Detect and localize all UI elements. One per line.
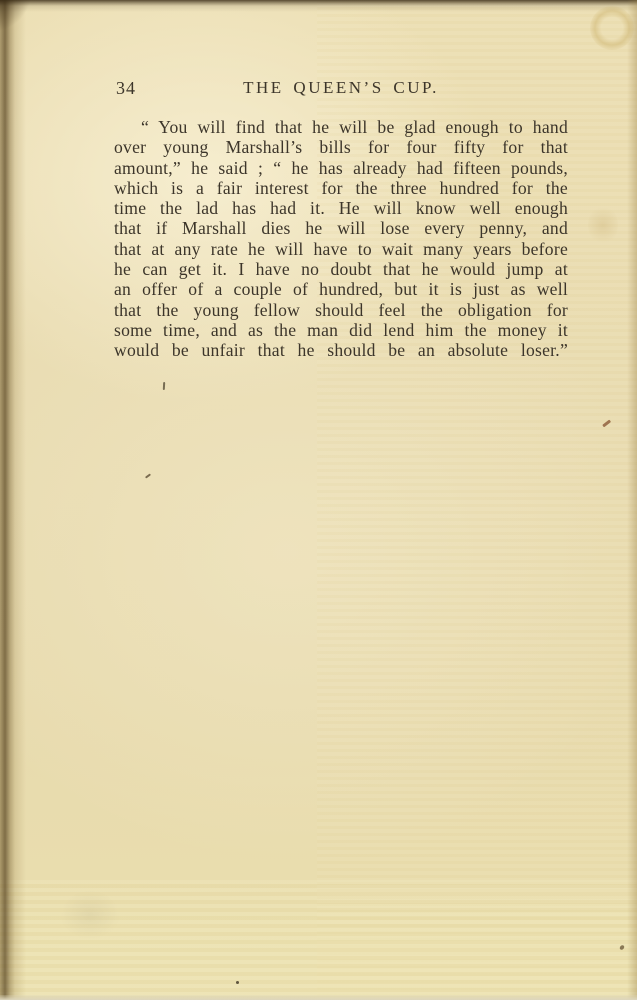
text-line: that if Marshall dies he will lose every… [114, 218, 568, 238]
running-title: THE QUEEN’S CUP. [114, 78, 568, 98]
ink-speck [602, 419, 611, 427]
text-line: “ You will find that he will be glad eno… [114, 117, 568, 137]
scanned-book-page: 34 THE QUEEN’S CUP. “ You will find that… [0, 0, 637, 1000]
ink-speck [145, 473, 151, 478]
text-line: an offer of a couple of hundred, but it … [114, 279, 568, 299]
running-head: 34 THE QUEEN’S CUP. [114, 78, 568, 102]
ink-speck [163, 382, 165, 390]
text-line: over young Marshall’s bills for four fif… [114, 137, 568, 157]
text-line: which is a fair interest for the three h… [114, 178, 568, 198]
page-gutter-shadow [0, 0, 26, 1000]
ink-speck [236, 981, 239, 984]
text-line: would be unfair that he should be an abs… [114, 340, 568, 360]
page-bottom-edge [0, 995, 637, 1000]
page-top-edge [0, 0, 637, 12]
text-line: he can get it. I have no doubt that he w… [114, 259, 568, 279]
paper-stain [588, 205, 618, 245]
body-text-block: “ You will find that he will be glad eno… [114, 117, 568, 361]
ink-speck [619, 944, 625, 950]
page-corner-shadow [0, 0, 32, 32]
paper-smudge [60, 890, 120, 940]
text-line: time the lad has had it. He will know we… [114, 198, 568, 218]
text-line: amount,” he said ; “ he has already had … [114, 158, 568, 178]
text-line: some time, and as the man did lend him t… [114, 320, 568, 340]
paper-streaks-bottom [0, 880, 637, 1000]
text-line: that the young fellow should feel the ob… [114, 300, 568, 320]
page-right-edge [627, 0, 637, 1000]
paper-stain [590, 6, 634, 50]
text-line: that at any rate he will have to wait ma… [114, 239, 568, 259]
